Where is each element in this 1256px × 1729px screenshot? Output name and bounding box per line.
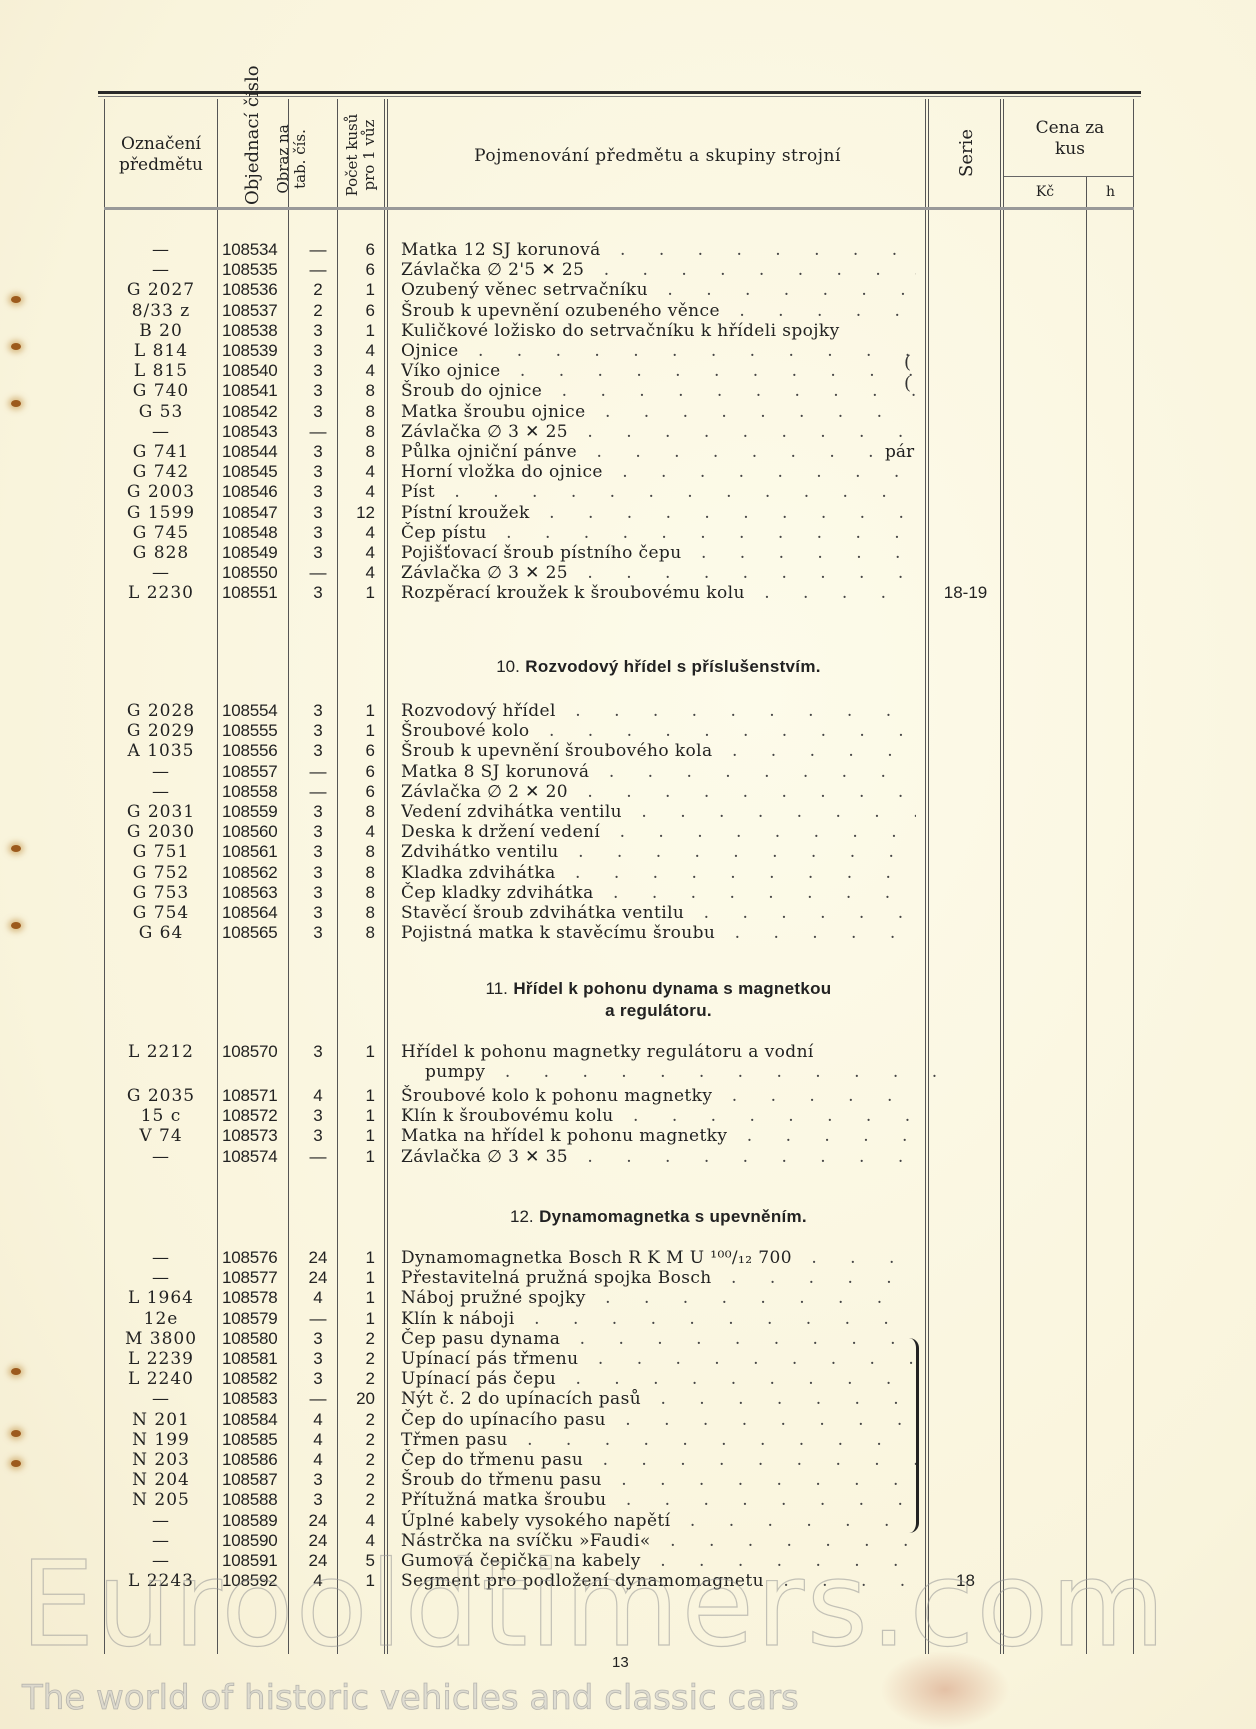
watermark-logo: Eurooldtimers.com — [20, 1535, 1167, 1673]
figure-ref: 4 — [292, 1085, 344, 1107]
part-mark: — — [110, 421, 212, 443]
part-mark: G 754 — [110, 902, 212, 924]
part-mark: G 53 — [110, 401, 212, 423]
part-mark: G 2031 — [110, 801, 212, 823]
leader-dots: . . . . . . . . . . . . . . . . . . . . … — [715, 923, 916, 943]
leader-dots: . . . . . . . . . . . . . . . . . . . . … — [568, 422, 916, 442]
part-name: Přítužná matka šroubu . . . . . . . . . … — [401, 1489, 916, 1511]
leader-dots: . . . . . . . . . . . . . . . . . . . . … — [601, 240, 916, 260]
leader-dots: . . . . . . . . . . . . . . . . . . . . … — [713, 741, 916, 761]
table-row: L 223910858132Upínací pás třmenu . . . .… — [0, 1348, 1256, 1370]
part-name: Pojistná matka k stavěcímu šroubu . . . … — [401, 922, 916, 944]
figure-ref: 3 — [292, 1469, 344, 1491]
part-name: Klín k šroubovému kolu . . . . . . . . .… — [401, 1105, 916, 1127]
figure-ref: — — [292, 239, 344, 261]
leader-dots: . . . . . . . . . . . . . . . . . . . . … — [586, 402, 916, 422]
leader-dots: . . . . . . . . . . . . . . . . . . . . … — [622, 802, 916, 822]
figure-ref: 3 — [292, 542, 344, 564]
leader-dots: . . . . . . . . . . . . . . . . . . . . … — [530, 503, 916, 523]
part-name: Šroub do třmenu pasu . . . . . . . . . .… — [401, 1469, 916, 1491]
table-row: —108576241Dynamomagnetka Bosch R K M U ¹… — [0, 1247, 1256, 1269]
quantity-per-car: 8 — [345, 421, 375, 443]
part-name: Pístní kroužek . . . . . . . . . . . . .… — [401, 502, 916, 524]
leader-dots: . . . . . . . . . . . . . . . . . . . . … — [648, 280, 916, 300]
part-name: Čep do třmenu pasu . . . . . . . . . . .… — [401, 1449, 916, 1471]
leader-dots: . . . . . . . . . . . . . . . . . . . . … — [684, 903, 916, 923]
section-title: Dynamomagnetka s upevněním. — [539, 1207, 807, 1226]
part-mark: G 2027 — [110, 279, 212, 301]
part-mark: L 1964 — [110, 1287, 212, 1309]
table-row: 12e108579—1Klín k náboji . . . . . . . .… — [0, 1308, 1256, 1330]
part-name-text: Závlačka ∅ 2 ✕ 20 — [401, 782, 568, 802]
table-row: L 223010855131Rozpěrací kroužek k šroubo… — [0, 582, 1256, 604]
leader-dots: . . . . . . . . . . . . . . . . . . . . … — [459, 341, 916, 361]
table-row: G 74110854438Půlka ojniční pánve . . . .… — [0, 441, 1256, 463]
table-row: G 203010856034Deska k držení vedení . . … — [0, 821, 1256, 843]
part-mark: G 753 — [110, 882, 212, 904]
part-mark: L 815 — [110, 360, 212, 382]
quantity-per-car: 6 — [345, 781, 375, 803]
figure-ref: 4 — [292, 1287, 344, 1309]
order-number: 108547 — [222, 502, 287, 524]
quantity-per-car: 1 — [345, 320, 375, 342]
part-mark: G 745 — [110, 522, 212, 544]
part-name: Kuličkové ložisko do setrvačníku k hříde… — [401, 320, 916, 342]
quantity-per-car: 6 — [345, 239, 375, 261]
part-mark: L 814 — [110, 340, 212, 362]
quantity-per-car: 20 — [345, 1388, 375, 1410]
part-mark: 8/33 z — [110, 300, 212, 322]
figure-ref: 3 — [292, 841, 344, 863]
quantity-per-car: 4 — [345, 1510, 375, 1532]
table-row: G 75410856438Stavěcí šroub zdvihátka ven… — [0, 902, 1256, 924]
part-name-text: Šroub do ojnice — [401, 381, 542, 401]
part-mark: — — [110, 1267, 212, 1289]
leader-dots: . . . . . . . . . . . . . . . . . . . . … — [556, 1369, 916, 1389]
part-name-text: Čep do upínacího pasu — [401, 1410, 606, 1430]
part-name: Šroub k upevnění šroubového kola . . . .… — [401, 740, 916, 762]
part-name: Šroubové kolo . . . . . . . . . . . . . … — [401, 720, 916, 742]
figure-ref: 3 — [292, 1348, 344, 1370]
quantity-per-car: 1 — [345, 720, 375, 742]
order-number: 108573 — [222, 1125, 287, 1147]
part-mark: — — [110, 1388, 212, 1410]
quantity-per-car: 1 — [345, 582, 375, 604]
figure-ref: 2 — [292, 300, 344, 322]
leader-dots: . . . . . . . . . . . . . . . . . . . . … — [560, 1329, 916, 1349]
part-name: Zdvihátko ventilu . . . . . . . . . . . … — [401, 841, 916, 863]
part-name: Víko ojnice . . . . . . . . . . . . . . … — [401, 360, 916, 382]
table-row: N 20410858732Šroub do třmenu pasu . . . … — [0, 1469, 1256, 1491]
order-number: 108565 — [222, 922, 287, 944]
table-row: A 103510855636Šroub k upevnění šroubovéh… — [0, 740, 1256, 762]
order-number: 108571 — [222, 1085, 287, 1107]
part-mark: — — [110, 562, 212, 584]
order-number: 108587 — [222, 1469, 287, 1491]
order-number: 108570 — [222, 1041, 287, 1063]
table-row: L 196410857841Náboj pružné spojky . . . … — [0, 1287, 1256, 1309]
quantity-per-car: 6 — [345, 761, 375, 783]
leader-dots: . . . . . . . . . . . . . . . . . . . . … — [712, 1268, 916, 1288]
leader-dots: . . . . . . . . . . . . . . . . . . . . … — [600, 822, 916, 842]
table-row: G 74010854138Šroub do ojnice . . . . . .… — [0, 380, 1256, 402]
quantity-per-car: 8 — [345, 922, 375, 944]
leader-dots: . . . . . . . . . . . . . . . . . . . . … — [542, 381, 916, 401]
serie-value: 18-19 — [928, 582, 1003, 604]
part-name-text: Šroub do třmenu pasu — [401, 1470, 602, 1490]
part-mark: L 2239 — [110, 1348, 212, 1370]
quantity-per-car: 1 — [345, 279, 375, 301]
quantity-per-car: 2 — [345, 1469, 375, 1491]
order-number: 108574 — [222, 1146, 287, 1168]
order-number: 108560 — [222, 821, 287, 843]
order-number: 108546 — [222, 481, 287, 503]
table-row: —108577241Přestavitelná pružná spojka Bo… — [0, 1267, 1256, 1289]
part-mark: N 199 — [110, 1429, 212, 1451]
table-row: L 224010858232Upínací pás čepu . . . . .… — [0, 1368, 1256, 1390]
part-name-text: Matka 12 SJ korunová — [401, 240, 601, 260]
part-mark: — — [110, 259, 212, 281]
section-number: 11. — [486, 979, 508, 998]
order-number: 108554 — [222, 700, 287, 722]
part-mark: G 2030 — [110, 821, 212, 843]
order-number: 108581 — [222, 1348, 287, 1370]
table-row: G 75310856338Čep kladky zdvihátka . . . … — [0, 882, 1256, 904]
quantity-per-car: 1 — [345, 1287, 375, 1309]
part-mark: G 740 — [110, 380, 212, 402]
part-name: Kladka zdvihátka . . . . . . . . . . . .… — [401, 862, 916, 884]
leader-dots: . . . . . . . . . . . . . . . . . . . . … — [606, 1410, 916, 1430]
order-number: 108536 — [222, 279, 287, 301]
figure-ref: 3 — [292, 380, 344, 402]
order-number: 108577 — [222, 1267, 287, 1289]
table-row-continuation: pumpy . . . . . . . . . . . . . . . . . … — [0, 1061, 1256, 1083]
part-name: Dynamomagnetka Bosch R K M U ¹⁰⁰/₁₂ 700 … — [401, 1247, 916, 1269]
leader-dots: . . . . . . . . . . . . . . . . . . . . … — [485, 1062, 940, 1082]
header-price-h: h — [1088, 182, 1133, 203]
table-row: N 20510858832Přítužná matka šroubu . . .… — [0, 1489, 1256, 1511]
section-heading: 12. Dynamomagnetka s upevněním. — [401, 1206, 916, 1228]
table-row: M 380010858032Čep pasu dynama . . . . . … — [0, 1328, 1256, 1350]
figure-ref: — — [292, 259, 344, 281]
part-name: Stavěcí šroub zdvihátka ventilu . . . . … — [401, 902, 916, 924]
order-number: 108534 — [222, 239, 287, 261]
order-number: 108583 — [222, 1388, 287, 1410]
order-number: 108539 — [222, 340, 287, 362]
part-name: Matka šroubu ojnice . . . . . . . . . . … — [401, 401, 916, 423]
part-name-text: Čep pístu — [401, 523, 487, 543]
order-number: 108538 — [222, 320, 287, 342]
figure-ref: 4 — [292, 1429, 344, 1451]
section-number: 12. — [510, 1207, 534, 1226]
leader-dots: . . . . . . . . . . . . . . . . . . . . … — [559, 842, 916, 862]
part-name-text: Dynamomagnetka Bosch R K M U ¹⁰⁰/₁₂ 700 — [401, 1248, 792, 1268]
order-number: 108579 — [222, 1308, 287, 1330]
leader-dots: . . . . . . . . . . . . . . . . . . . . … — [727, 1126, 916, 1146]
header-price: Cena za kus — [1030, 118, 1110, 160]
part-name-text: Pojišťovací šroub pístního čepu — [401, 543, 682, 563]
quantity-per-car: 1 — [345, 1105, 375, 1127]
figure-ref: 4 — [292, 1449, 344, 1471]
figure-ref: 3 — [292, 441, 344, 463]
part-name: Úplné kabely vysokého napětí . . . . . .… — [401, 1510, 916, 1532]
leader-dots: . . . . . . . . . . . . . . . . . . . . … — [682, 543, 916, 563]
order-number: 108548 — [222, 522, 287, 544]
quantity-per-car: 4 — [345, 360, 375, 382]
leader-dots: . . . . . . . . . . . . . . . . . . . . … — [568, 1147, 916, 1167]
figure-ref: 3 — [292, 481, 344, 503]
figure-ref: — — [292, 562, 344, 584]
part-name: Závlačka ∅ 3 ✕ 25 . . . . . . . . . . . … — [401, 562, 916, 584]
quantity-per-car: 8 — [345, 902, 375, 924]
part-name-text: Rozvodový hřídel — [401, 701, 556, 721]
table-row: G 200310854634Píst . . . . . . . . . . .… — [0, 481, 1256, 503]
figure-ref: 24 — [292, 1510, 344, 1532]
figure-ref: 2 — [292, 279, 344, 301]
order-number: 108550 — [222, 562, 287, 584]
header-figure: Obraz na tab. čís. — [275, 119, 309, 199]
part-name-text: Závlačka ∅ 3 ✕ 25 — [401, 422, 568, 442]
order-number: 108584 — [222, 1409, 287, 1431]
part-name: Vedení zdvihátka ventilu . . . . . . . .… — [401, 801, 916, 823]
part-name: Rozpěrací kroužek k šroubovému kolu . . … — [401, 582, 916, 604]
figure-ref: — — [292, 781, 344, 803]
figure-ref: 3 — [292, 740, 344, 762]
section-heading: 10. Rozvodový hřídel s příslušenstvím. — [401, 656, 916, 678]
header-qty: Počet kusů pro 1 vůz — [344, 105, 378, 205]
quantity-per-car: 4 — [345, 562, 375, 584]
part-mark: G 1599 — [110, 502, 212, 524]
quantity-per-car: 8 — [345, 801, 375, 823]
figure-ref: 3 — [292, 922, 344, 944]
table-row: —108535—6Závlačka ∅ 2'5 ✕ 25 . . . . . .… — [0, 259, 1256, 281]
part-mark: G 2029 — [110, 720, 212, 742]
section-heading: 11. Hřídel k pohonu dynama s magnetkoua … — [401, 978, 916, 1022]
part-name-text: Pístní kroužek — [401, 503, 530, 523]
part-name: Píst . . . . . . . . . . . . . . . . . .… — [401, 481, 916, 503]
price-subheader-rule — [1004, 176, 1134, 177]
part-name: pumpy . . . . . . . . . . . . . . . . . … — [401, 1061, 940, 1083]
part-name: Matka na hřídel k pohonu magnetky . . . … — [401, 1125, 916, 1147]
part-name-text: pumpy — [425, 1062, 485, 1082]
table-row: L 81410853934Ojnice . . . . . . . . . . … — [0, 340, 1256, 362]
table-row: 15 c10857231Klín k šroubovému kolu . . .… — [0, 1105, 1256, 1127]
table-row: —108550—4Závlačka ∅ 3 ✕ 25 . . . . . . .… — [0, 562, 1256, 584]
quantity-per-car: 1 — [345, 1247, 375, 1269]
quantity-per-car: 4 — [345, 340, 375, 362]
leader-dots: . . . . . . . . . . . . . . . . . . . . … — [568, 563, 916, 583]
part-name: Klín k náboji . . . . . . . . . . . . . … — [401, 1308, 916, 1330]
quantity-per-car: 8 — [345, 380, 375, 402]
part-name-text: Půlka ojniční pánve — [401, 442, 577, 462]
part-mark: N 201 — [110, 1409, 212, 1431]
part-mark: — — [110, 761, 212, 783]
order-number: 108561 — [222, 841, 287, 863]
part-name-text: Šroub k upevnění ozubeného věnce — [401, 301, 720, 321]
part-name-text: Pojistná matka k stavěcímu šroubu — [401, 923, 715, 943]
quantity-per-car: 12 — [345, 502, 375, 524]
part-mark: G 2003 — [110, 481, 212, 503]
leader-dots: . . . . . . . . . . . . . . . . . . . . … — [515, 1309, 916, 1329]
figure-ref: 3 — [292, 1368, 344, 1390]
quantity-per-car: 8 — [345, 401, 375, 423]
section-title: Rozvodový hřídel s příslušenstvím. — [525, 657, 821, 676]
figure-ref: 3 — [292, 1489, 344, 1511]
figure-ref: 3 — [292, 461, 344, 483]
part-name-text: Píst — [401, 482, 435, 502]
part-name: Šroub do ojnice . . . . . . . . . . . . … — [401, 380, 916, 402]
part-name: Náboj pružné spojky . . . . . . . . . . … — [401, 1287, 916, 1309]
part-mark: G 2035 — [110, 1085, 212, 1107]
part-name-text: Šroubové kolo k pohonu magnetky — [401, 1086, 712, 1106]
figure-ref: 3 — [292, 821, 344, 843]
part-name: Horní vložka do ojnice . . . . . . . . .… — [401, 461, 916, 483]
order-number: 108549 — [222, 542, 287, 564]
header-bottom-rule — [104, 207, 1134, 210]
quantity-per-car: 8 — [345, 882, 375, 904]
part-mark: L 2230 — [110, 582, 212, 604]
table-row: G 75110856138Zdvihátko ventilu . . . . .… — [0, 841, 1256, 863]
figure-ref: — — [292, 1388, 344, 1410]
order-number: 108588 — [222, 1489, 287, 1511]
part-name-text: Rozpěrací kroužek k šroubovému kolu — [401, 583, 745, 603]
part-name-text: Kladka zdvihátka — [401, 863, 556, 883]
leader-dots: . . . . . . . . . . . . . . . . . . . . … — [577, 442, 916, 462]
leader-dots: . . . . . . . . . . . . . . . . . . . . … — [530, 721, 916, 741]
watermark-tagline: The world of historic vehicles and class… — [22, 1678, 799, 1718]
figure-ref: 3 — [292, 582, 344, 604]
table-row: G 5310854238Matka šroubu ojnice . . . . … — [0, 401, 1256, 423]
part-name-text: Čep kladky zdvihátka — [401, 883, 594, 903]
quantity-per-car: 1 — [345, 1041, 375, 1063]
part-name: Šroub k upevnění ozubeného věnce . . . .… — [401, 300, 916, 322]
figure-ref: 3 — [292, 360, 344, 382]
bracket-mark: ( — [904, 373, 911, 394]
part-mark: — — [110, 239, 212, 261]
leader-dots: . . . . . . . . . . . . . . . . . . . . … — [568, 782, 916, 802]
part-mark: — — [110, 1247, 212, 1269]
part-mark: G 742 — [110, 461, 212, 483]
figure-ref: 24 — [292, 1267, 344, 1289]
part-name: Ojnice . . . . . . . . . . . . . . . . .… — [401, 340, 916, 362]
leader-dots: . . . . . . . . . . . . . . . . . . . . … — [712, 1086, 916, 1106]
leader-dots: . . . . . . . . . . . . . . . . . . . . … — [589, 762, 916, 782]
leader-dots: . . . . . . . . . . . . . . . . . . . . … — [745, 583, 916, 603]
part-name: Třmen pasu . . . . . . . . . . . . . . .… — [401, 1429, 916, 1451]
table-row: G 1599108547312Pístní kroužek . . . . . … — [0, 502, 1256, 524]
quantity-per-car: 8 — [345, 841, 375, 863]
part-name: Závlačka ∅ 3 ✕ 25 . . . . . . . . . . . … — [401, 421, 916, 443]
leader-dots: . . . . . . . . . . . . . . . . . . . . … — [602, 1470, 916, 1490]
figure-ref: 24 — [292, 1247, 344, 1269]
order-number: 108543 — [222, 421, 287, 443]
part-name: Hřídel k pohonu magnetky regulátoru a vo… — [401, 1041, 916, 1063]
unit-note: pár — [885, 441, 925, 463]
table-row: —108543—8Závlačka ∅ 3 ✕ 25 . . . . . . .… — [0, 421, 1256, 443]
order-number: 108564 — [222, 902, 287, 924]
part-name: Rozvodový hřídel . . . . . . . . . . . .… — [401, 700, 916, 722]
order-number: 108572 — [222, 1105, 287, 1127]
figure-ref: 3 — [292, 320, 344, 342]
part-mark: — — [110, 1510, 212, 1532]
figure-ref: 3 — [292, 882, 344, 904]
order-number: 108558 — [222, 781, 287, 803]
bracket-mark: ( — [904, 352, 911, 373]
part-mark: G 64 — [110, 922, 212, 944]
leader-dots: . . . . . . . . . . . . . . . . . . . . … — [556, 701, 916, 721]
figure-ref: — — [292, 761, 344, 783]
table-row: G 202910855531Šroubové kolo . . . . . . … — [0, 720, 1256, 742]
part-name-text: Náboj pružné spojky — [401, 1288, 586, 1308]
figure-ref: 3 — [292, 1125, 344, 1147]
part-name-text: Víko ojnice — [401, 361, 501, 381]
figure-ref: 3 — [292, 502, 344, 524]
order-number: 108585 — [222, 1429, 287, 1451]
part-name-text: Přítužná matka šroubu — [401, 1490, 606, 1510]
leader-dots: . . . . . . . . . . . . . . . . . . . . … — [720, 301, 916, 321]
part-mark: G 741 — [110, 441, 212, 463]
figure-ref: 3 — [292, 1041, 344, 1063]
part-name: Pojišťovací šroub pístního čepu . . . . … — [401, 542, 916, 564]
order-number: 108551 — [222, 582, 287, 604]
part-name: Upínací pás třmenu . . . . . . . . . . .… — [401, 1348, 916, 1370]
section-title: Hřídel k pohonu dynama s magnetkou — [513, 979, 831, 998]
section-number: 10. — [496, 657, 520, 676]
leader-dots: . . . . . . . . . . . . . . . . . . . . … — [501, 361, 916, 381]
header-price-kc: Kč — [1005, 182, 1085, 203]
order-number: 108563 — [222, 882, 287, 904]
part-name-text: Čep do třmenu pasu — [401, 1450, 583, 1470]
quantity-per-car: 6 — [345, 259, 375, 281]
order-number: 108555 — [222, 720, 287, 742]
part-mark: M 3800 — [110, 1328, 212, 1350]
order-number: 108576 — [222, 1247, 287, 1269]
part-name-text: Klín k šroubovému kolu — [401, 1106, 614, 1126]
table-row: N 19910858542Třmen pasu . . . . . . . . … — [0, 1429, 1256, 1451]
part-name-text: Matka na hřídel k pohonu magnetky — [401, 1126, 727, 1146]
order-number: 108580 — [222, 1328, 287, 1350]
part-name: Šroubové kolo k pohonu magnetky . . . . … — [401, 1085, 916, 1107]
table-row: V 7410857331Matka na hřídel k pohonu mag… — [0, 1125, 1256, 1147]
table-row: —108589244Úplné kabely vysokého napětí .… — [0, 1510, 1256, 1532]
part-mark: 15 c — [110, 1105, 212, 1127]
part-name: Matka 8 SJ korunová . . . . . . . . . . … — [401, 761, 916, 783]
leader-dots: . . . . . . . . . . . . . . . . . . . . … — [671, 1511, 917, 1531]
header-order: Objednací číslo — [244, 93, 262, 205]
quantity-per-car: 4 — [345, 481, 375, 503]
part-name: Závlačka ∅ 2 ✕ 20 . . . . . . . . . . . … — [401, 781, 916, 803]
part-name-text: Kuličkové ložisko do setrvačníku k hříde… — [401, 321, 840, 341]
part-mark: A 1035 — [110, 740, 212, 762]
figure-ref: — — [292, 1308, 344, 1330]
quantity-per-car: 1 — [345, 700, 375, 722]
quantity-per-car: 2 — [345, 1409, 375, 1431]
part-name-text: Ozubený věnec setrvačníku — [401, 280, 648, 300]
table-row: L 221210857031Hřídel k pohonu magnetky r… — [0, 1041, 1256, 1063]
part-mark: G 752 — [110, 862, 212, 884]
leader-dots: . . . . . . . . . . . . . . . . . . . . … — [594, 883, 916, 903]
header-name: Pojmenování předmětu a skupiny strojní — [390, 146, 925, 167]
table-row: G 203110855938Vedení zdvihátka ventilu .… — [0, 801, 1256, 823]
leader-dots: . . . . . . . . . . . . . . . . . . . . … — [578, 1349, 916, 1369]
table-row: G 75210856238Kladka zdvihátka . . . . . … — [0, 862, 1256, 884]
part-name: Čep pasu dynama . . . . . . . . . . . . … — [401, 1328, 916, 1350]
section-title-line2: a regulátoru. — [605, 1001, 712, 1020]
figure-ref: 3 — [292, 720, 344, 742]
leader-dots: . . . . . . . . . . . . . . . . . . . . … — [641, 1389, 916, 1409]
group-brace — [908, 1338, 919, 1533]
part-name: Čep do upínacího pasu . . . . . . . . . … — [401, 1409, 916, 1431]
